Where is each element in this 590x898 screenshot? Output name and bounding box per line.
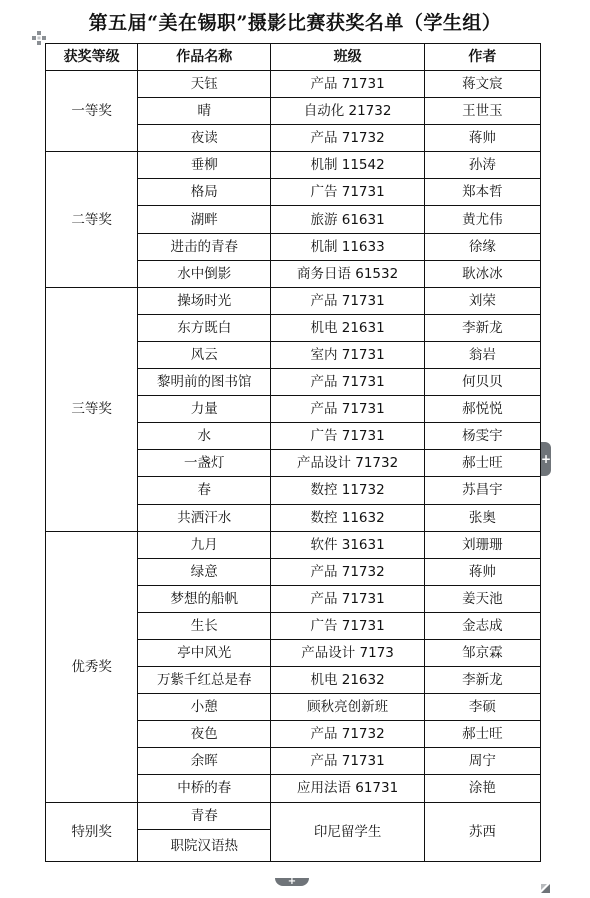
work-cell[interactable]: 九月 [138, 531, 271, 558]
class-cell[interactable]: 广告 71731 [271, 423, 424, 450]
author-cell[interactable]: 黄尤伟 [424, 206, 540, 233]
author-cell[interactable]: 周宁 [424, 748, 540, 775]
table-row: 三等奖 操场时光 产品 71731 刘荣 [46, 287, 541, 314]
author-cell[interactable]: 翁岩 [424, 341, 540, 368]
author-cell[interactable]: 刘荣 [424, 287, 540, 314]
work-cell[interactable]: 万紫千红总是春 [138, 667, 271, 694]
author-cell[interactable]: 蒋帅 [424, 125, 540, 152]
class-cell[interactable]: 产品 71731 [271, 585, 424, 612]
work-cell[interactable]: 湖畔 [138, 206, 271, 233]
author-cell[interactable]: 蒋文宸 [424, 71, 540, 98]
table-row: 二等奖 垂柳 机制 11542 孙涛 [46, 152, 541, 179]
author-cell[interactable]: 张奥 [424, 504, 540, 531]
class-cell[interactable]: 产品 71732 [271, 558, 424, 585]
work-cell[interactable]: 操场时光 [138, 287, 271, 314]
work-cell[interactable]: 垂柳 [138, 152, 271, 179]
author-cell[interactable]: 涂艳 [424, 775, 540, 802]
author-cell[interactable]: 郝士旺 [424, 450, 540, 477]
class-cell[interactable]: 机电 21632 [271, 667, 424, 694]
work-cell[interactable]: 夜读 [138, 125, 271, 152]
author-cell[interactable]: 蒋帅 [424, 558, 540, 585]
class-cell[interactable]: 机电 21631 [271, 314, 424, 341]
class-cell[interactable]: 产品 71731 [271, 369, 424, 396]
award-table: 获奖等级 作品名称 班级 作者 一等奖 天钰 产品 71731 蒋文宸 晴 自动… [45, 43, 541, 862]
class-cell[interactable]: 印尼留学生 [271, 802, 424, 862]
class-cell[interactable]: 数控 11732 [271, 477, 424, 504]
class-cell[interactable]: 产品 71732 [271, 721, 424, 748]
class-cell[interactable]: 产品设计 71732 [271, 450, 424, 477]
work-cell[interactable]: 黎明前的图书馆 [138, 369, 271, 396]
table-row-special: 特别奖 青春 印尼留学生 苏西 [46, 802, 541, 830]
work-cell[interactable]: 梦想的船帆 [138, 585, 271, 612]
class-cell[interactable]: 软件 31631 [271, 531, 424, 558]
author-cell[interactable]: 杨雯宇 [424, 423, 540, 450]
class-cell[interactable]: 顾秋亮创新班 [271, 694, 424, 721]
award-level-cell[interactable]: 特别奖 [46, 802, 138, 862]
author-cell[interactable]: 郝士旺 [424, 721, 540, 748]
header-level: 获奖等级 [46, 44, 138, 71]
work-cell[interactable]: 天钰 [138, 71, 271, 98]
author-cell[interactable]: 苏西 [424, 802, 540, 862]
class-cell[interactable]: 产品 71731 [271, 287, 424, 314]
table-row: 优秀奖 九月 软件 31631 刘珊珊 [46, 531, 541, 558]
class-cell[interactable]: 产品 71731 [271, 748, 424, 775]
work-cell[interactable]: 力量 [138, 396, 271, 423]
author-cell[interactable]: 李新龙 [424, 667, 540, 694]
award-level-cell[interactable]: 二等奖 [46, 152, 138, 287]
work-cell[interactable]: 格局 [138, 179, 271, 206]
author-cell[interactable]: 李硕 [424, 694, 540, 721]
work-cell[interactable]: 水中倒影 [138, 260, 271, 287]
award-level-cell[interactable]: 一等奖 [46, 71, 138, 152]
author-cell[interactable]: 姜天池 [424, 585, 540, 612]
class-cell[interactable]: 广告 71731 [271, 612, 424, 639]
author-cell[interactable]: 郑本哲 [424, 179, 540, 206]
work-cell[interactable]: 水 [138, 423, 271, 450]
class-cell[interactable]: 广告 71731 [271, 179, 424, 206]
work-cell[interactable]: 小憩 [138, 694, 271, 721]
class-cell[interactable]: 产品 71731 [271, 71, 424, 98]
class-cell[interactable]: 商务日语 61532 [271, 260, 424, 287]
work-cell[interactable]: 进击的青春 [138, 233, 271, 260]
class-cell[interactable]: 产品 71731 [271, 396, 424, 423]
class-cell[interactable]: 产品 71732 [271, 125, 424, 152]
header-author: 作者 [424, 44, 540, 71]
class-cell[interactable]: 数控 11632 [271, 504, 424, 531]
work-cell[interactable]: 一盏灯 [138, 450, 271, 477]
class-cell[interactable]: 旅游 61631 [271, 206, 424, 233]
work-cell[interactable]: 春 [138, 477, 271, 504]
table-header-row: 获奖等级 作品名称 班级 作者 [46, 44, 541, 71]
document-title: 第五届“美在锡职”摄影比赛获奖名单（学生组） [0, 10, 590, 36]
work-cell[interactable]: 夜色 [138, 721, 271, 748]
header-work: 作品名称 [138, 44, 271, 71]
author-cell[interactable]: 郝悦悦 [424, 396, 540, 423]
work-cell[interactable]: 余晖 [138, 748, 271, 775]
work-cell[interactable]: 职院汉语热 [138, 830, 271, 862]
author-cell[interactable]: 邹京霖 [424, 639, 540, 666]
work-cell[interactable]: 生长 [138, 612, 271, 639]
class-cell[interactable]: 机制 11633 [271, 233, 424, 260]
author-cell[interactable]: 金志成 [424, 612, 540, 639]
award-level-cell[interactable]: 三等奖 [46, 287, 138, 531]
class-cell[interactable]: 自动化 21732 [271, 98, 424, 125]
header-class: 班级 [271, 44, 424, 71]
table-row: 一等奖 天钰 产品 71731 蒋文宸 [46, 71, 541, 98]
class-cell[interactable]: 室内 71731 [271, 341, 424, 368]
author-cell[interactable]: 王世玉 [424, 98, 540, 125]
work-cell[interactable]: 东方既白 [138, 314, 271, 341]
author-cell[interactable]: 何贝贝 [424, 369, 540, 396]
insert-row-button[interactable]: + [275, 878, 309, 886]
author-cell[interactable]: 耿冰冰 [424, 260, 540, 287]
author-cell[interactable]: 徐缘 [424, 233, 540, 260]
author-cell[interactable]: 刘珊珊 [424, 531, 540, 558]
work-cell[interactable]: 风云 [138, 341, 271, 368]
work-cell[interactable]: 共洒汗水 [138, 504, 271, 531]
work-cell[interactable]: 绿意 [138, 558, 271, 585]
work-cell[interactable]: 晴 [138, 98, 271, 125]
work-cell[interactable]: 青春 [138, 802, 271, 830]
author-cell[interactable]: 苏昌宇 [424, 477, 540, 504]
insert-column-button[interactable]: + [541, 442, 551, 476]
author-cell[interactable]: 李新龙 [424, 314, 540, 341]
class-cell[interactable]: 应用法语 61731 [271, 775, 424, 802]
class-cell[interactable]: 产品设计 7173 [271, 639, 424, 666]
award-level-cell[interactable]: 优秀奖 [46, 531, 138, 802]
author-cell[interactable]: 孙涛 [424, 152, 540, 179]
work-cell[interactable]: 中桥的春 [138, 775, 271, 802]
work-cell[interactable]: 亭中风光 [138, 639, 271, 666]
table-resize-handle-icon[interactable] [541, 878, 550, 887]
class-cell[interactable]: 机制 11542 [271, 152, 424, 179]
